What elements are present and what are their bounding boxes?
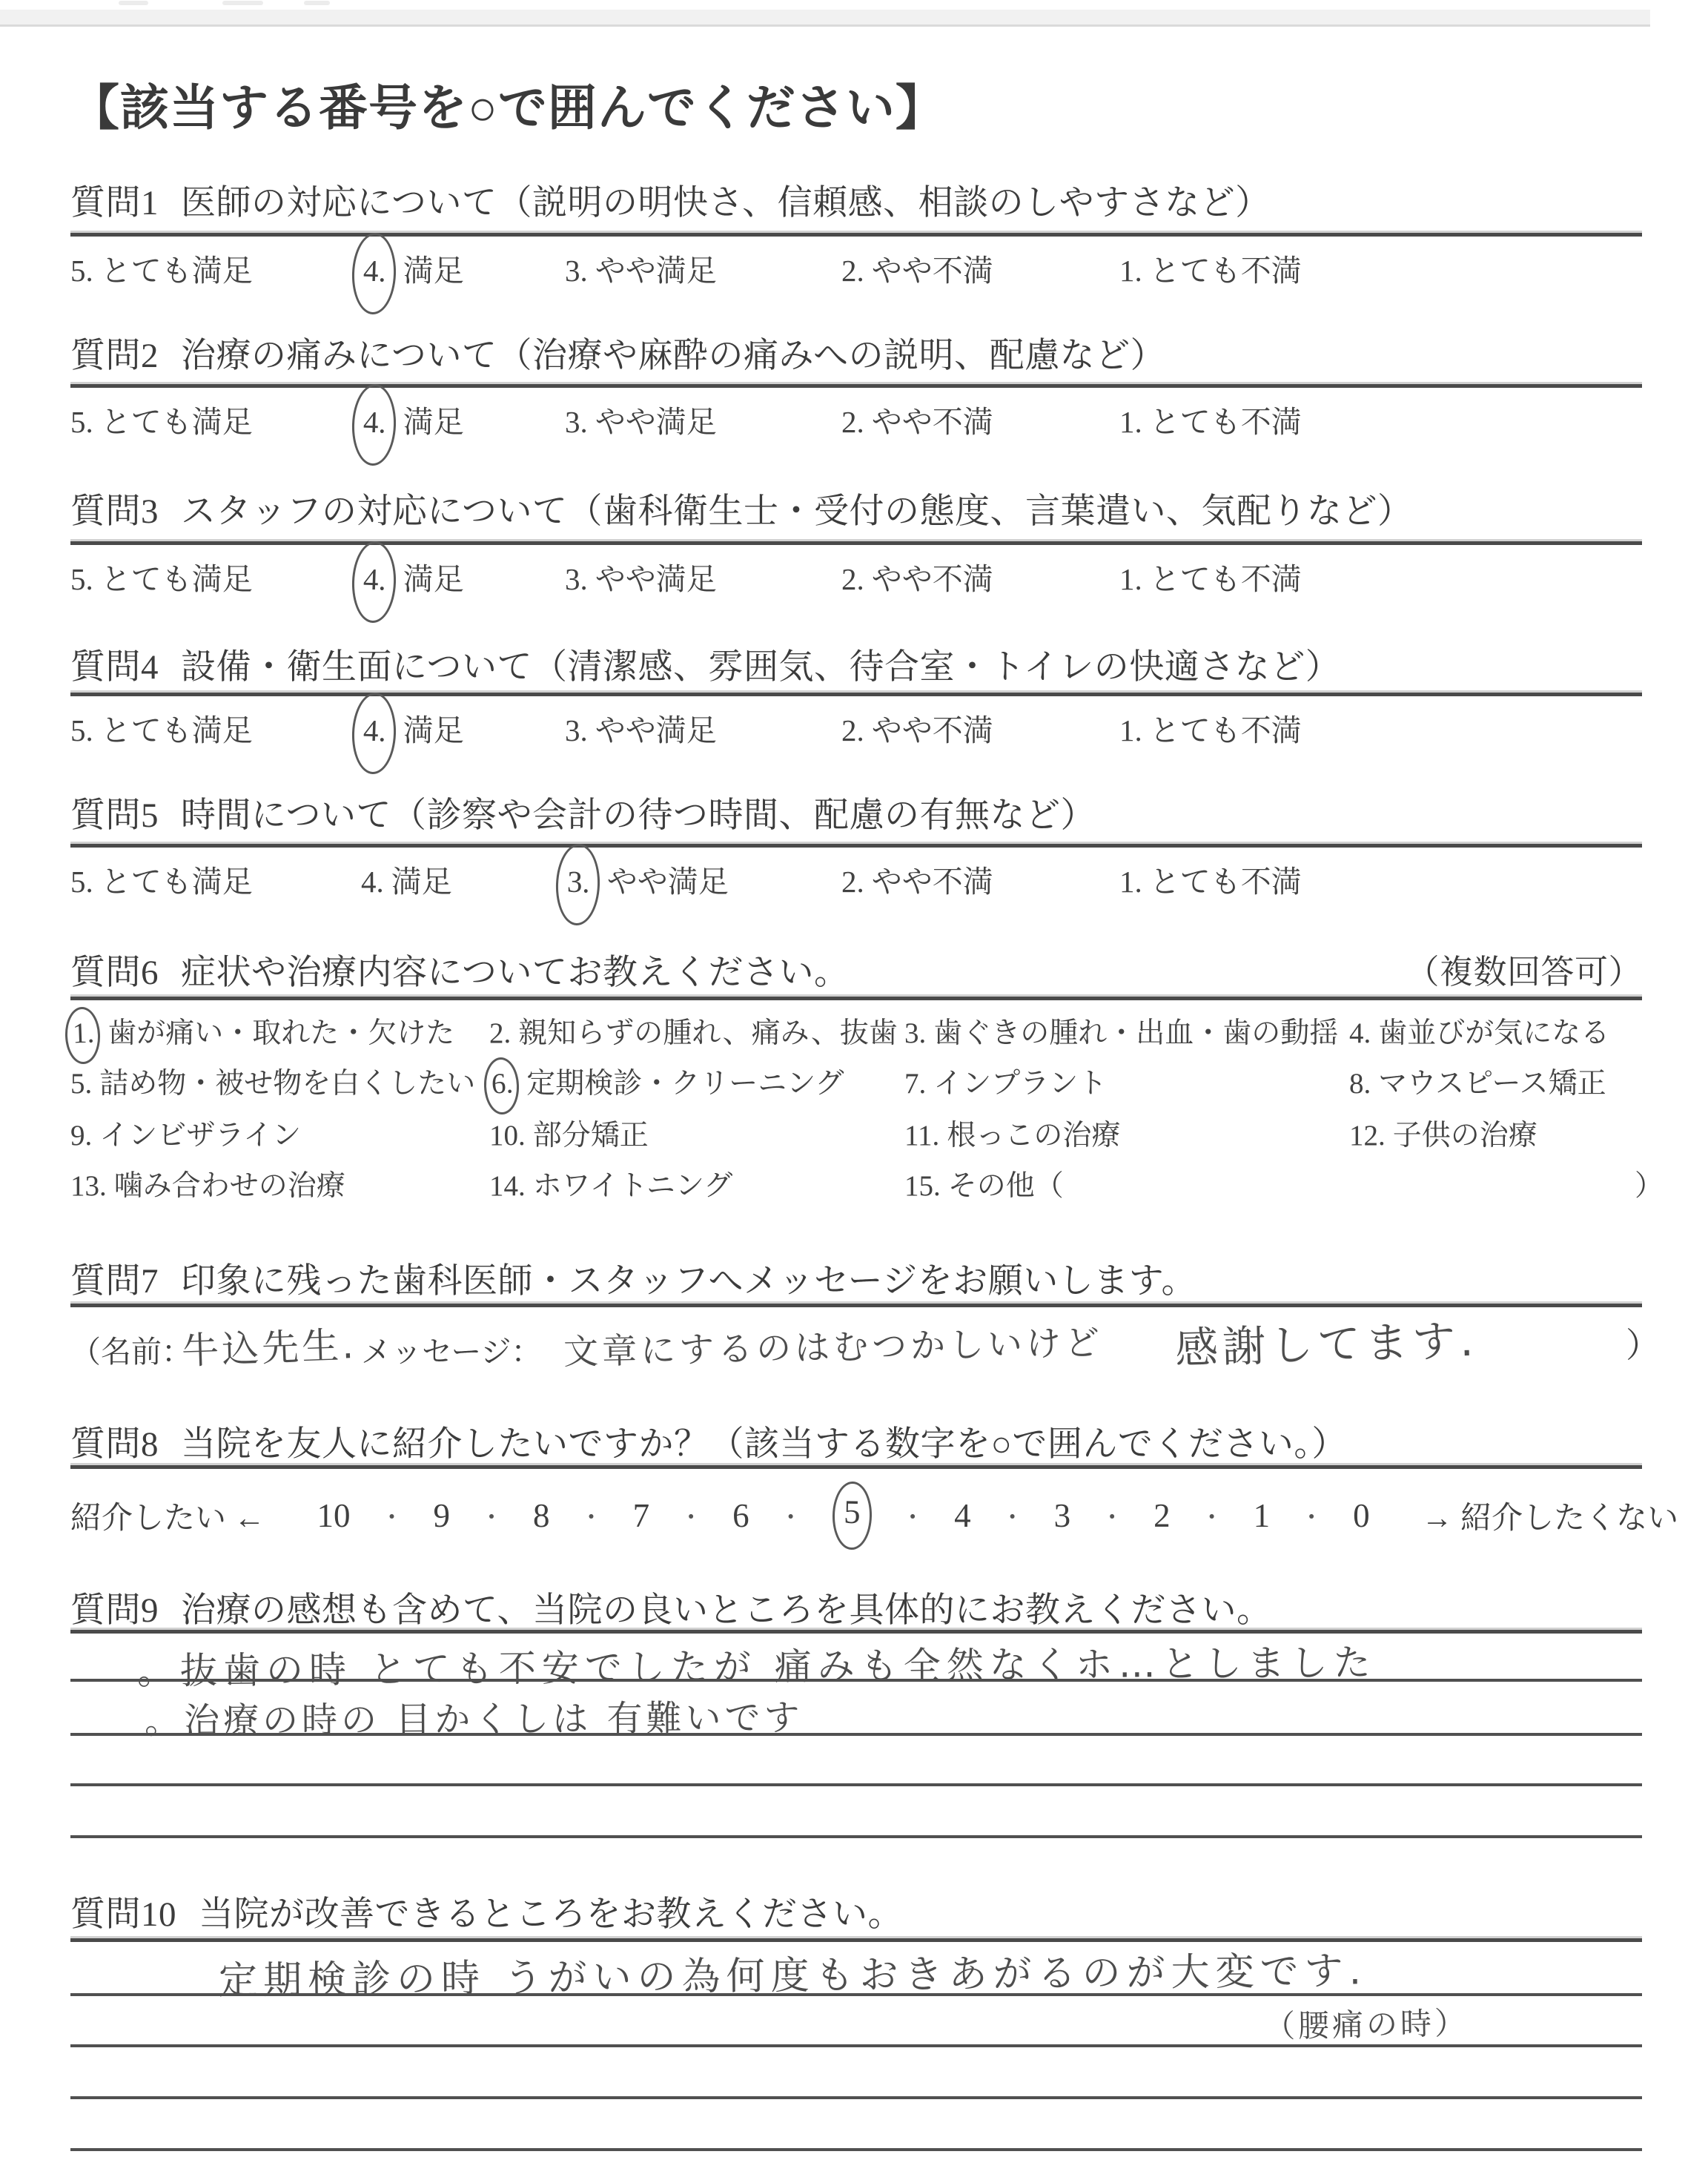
- question-6-title: 症状や治療内容についてお教えください。: [181, 954, 850, 992]
- option-label: やや満足: [607, 865, 729, 899]
- answer-line: [70, 1783, 1642, 1786]
- option-label: とても不満: [1150, 562, 1302, 596]
- option-label: とても不満: [1150, 713, 1302, 747]
- item-number: 13.: [70, 1170, 107, 1202]
- question-2-header: 質問2治療の痛みについて（治療や麻酔の痛みへの説明、配慮など）: [70, 328, 1642, 377]
- item-label: ホワイトニング: [533, 1170, 733, 1202]
- question-10-title: 当院が改善できるところをお教えください。: [199, 1895, 903, 1934]
- scale-number: 0: [1353, 1496, 1370, 1535]
- option-number: 5.: [70, 562, 93, 596]
- question-8-scale: 紹介したい ← 10・ 9・ 8・ 7・ 6・ 5・ 4・ 3・ 2・ 1・ 0…: [70, 1482, 1678, 1550]
- rating-option: 1.とても不満: [1119, 555, 1302, 598]
- rating-option: 5.とても満足: [70, 555, 253, 598]
- scale-separator: ・: [580, 1499, 603, 1533]
- rating-option: 2.やや不満: [841, 857, 993, 901]
- question-3-options: 5.とても満足 4.満足 3.やや満足 2.やや不満 1.とても不満: [70, 555, 1657, 614]
- handwritten-note: （腰痛の時）: [1263, 1999, 1469, 2047]
- option-number: 3.: [565, 254, 588, 288]
- scale-number: 1: [1254, 1496, 1271, 1535]
- scale-separator: ・: [1100, 1499, 1124, 1533]
- symptom-item: 7.インプラント: [904, 1060, 1107, 1102]
- rating-option-circled: 4.満足: [361, 246, 464, 291]
- item-number: 2.: [489, 1017, 511, 1049]
- question-3-number: 質問3: [70, 492, 159, 531]
- question-9-number: 質問9: [70, 1591, 159, 1630]
- answer-line: [70, 2096, 1642, 2099]
- option-label: とても満足: [101, 865, 253, 899]
- handwritten-circle-mark: 3.: [555, 843, 601, 926]
- option-number: 3.: [565, 562, 588, 596]
- item-number: 14.: [489, 1170, 526, 1202]
- option-number: 1.: [1119, 865, 1142, 899]
- question-8-number: 質問8: [70, 1425, 159, 1464]
- question-7-number: 質問7: [70, 1262, 159, 1301]
- rule-under-question-10: [70, 1938, 1642, 1942]
- question-3-header: 質問3スタッフの対応について（歯科衛生士・受付の態度、言葉遣い、気配りなど）: [70, 483, 1642, 533]
- question-6-note: （複数回答可）: [1406, 945, 1642, 993]
- option-number: 2.: [841, 713, 864, 747]
- option-label: 満足: [391, 865, 452, 899]
- rating-option: 1.とても不満: [1119, 706, 1302, 750]
- option-label: 満足: [403, 713, 464, 747]
- option-label: やや不満: [872, 562, 993, 596]
- item-label: 噛み合わせの治療: [114, 1170, 345, 1202]
- question-3-title: スタッフの対応について（歯科衛生士・受付の態度、言葉遣い、気配りなど）: [181, 492, 1413, 531]
- question-2-number: 質問2: [70, 337, 159, 375]
- rating-option: 1.とても不満: [1119, 246, 1302, 290]
- rating-option-circled: 4.満足: [361, 706, 464, 750]
- rating-option: 3.やや満足: [565, 246, 717, 290]
- rating-option-circled: 4.満足: [361, 555, 464, 599]
- handwritten-answer-line: 。抜歯の時 とても不安でしたが 痛みも全然なくホ…としました: [137, 1633, 1377, 1695]
- survey-page: 【該当する番号を○で囲んでください】 質問1医師の対応について（説明の明快さ、信…: [0, 0, 1708, 2160]
- scale-separator: ・: [1001, 1499, 1025, 1533]
- item-label: 歯が痛い・取れた・欠けた: [107, 1017, 454, 1049]
- question-2-title: 治療の痛みについて（治療や麻酔の痛みへの説明、配慮など）: [181, 337, 1165, 375]
- rule-under-question-2: [70, 384, 1642, 388]
- scale-separator: ・: [480, 1499, 503, 1533]
- question-1-options: 5.とても満足 4.満足 3.やや満足 2.やや不満 1.とても不満: [70, 246, 1657, 305]
- rule-under-question-1: [70, 233, 1642, 237]
- option-number: 3.: [565, 405, 588, 439]
- option-label: やや不満: [872, 865, 993, 899]
- scale-separator: ・: [779, 1499, 803, 1533]
- rating-option: 2.やや不満: [841, 555, 993, 598]
- message-field-label: メッセージ：: [361, 1327, 542, 1371]
- handwritten-circle-mark: 4.: [351, 692, 397, 775]
- answer-line: [70, 2148, 1642, 2151]
- option-label: やや満足: [595, 713, 717, 747]
- symptom-item: 4.歯並びが気になる: [1349, 1010, 1609, 1051]
- scale-number: 10: [317, 1496, 351, 1535]
- symptom-item-circled: 1.歯が痛い・取れた・欠けた: [70, 1010, 454, 1052]
- field-close-paren: ）: [1626, 1318, 1660, 1367]
- rule-under-question-9: [70, 1630, 1642, 1634]
- item-number: 11.: [904, 1120, 939, 1152]
- answer-line: [70, 1733, 1642, 1736]
- handwritten-message-emphasis: 感謝してます.: [1174, 1306, 1478, 1376]
- option-number: 1.: [1119, 254, 1142, 288]
- scale-number: 6: [732, 1496, 749, 1535]
- rule-under-question-6: [70, 997, 1642, 1000]
- handwritten-circle-mark: 4.: [351, 232, 397, 315]
- question-7-header: 質問7印象に残った歯科医師・スタッフへメッセージをお願いします。: [70, 1253, 1642, 1303]
- item-label: 部分矯正: [533, 1120, 649, 1152]
- question-6-header: 質問6症状や治療内容についてお教えください。 （複数回答可）: [70, 945, 1642, 994]
- scale-number: 9: [434, 1496, 451, 1535]
- item-label: 定期検診・クリーニング: [526, 1068, 844, 1100]
- option-number: 2.: [841, 865, 864, 899]
- item-label: 歯並びが気になる: [1378, 1017, 1609, 1049]
- rating-option: 2.やや不満: [841, 246, 993, 290]
- handwritten-circle-mark: 4.: [351, 541, 397, 624]
- option-label: とても不満: [1150, 865, 1302, 899]
- option-number: 2.: [841, 562, 864, 596]
- question-10-number: 質問10: [70, 1895, 176, 1934]
- question-4-header: 質問4設備・衛生面について（清潔感、雰囲気、待合室・トイレの快適さなど）: [70, 639, 1642, 689]
- question-4-title: 設備・衛生面について（清潔感、雰囲気、待合室・トイレの快適さなど）: [181, 648, 1340, 687]
- name-field-label: （名前：: [70, 1327, 192, 1371]
- question-8-title: 当院を友人に紹介したいですか？（該当する数字を○で囲んでください。）: [181, 1425, 1347, 1464]
- item-number: 4.: [1349, 1017, 1371, 1049]
- other-close-paren: ）: [1635, 1163, 1664, 1204]
- option-number: 5.: [70, 865, 93, 899]
- answer-line: [70, 2044, 1642, 2047]
- item-number: 8.: [1349, 1068, 1371, 1100]
- question-5-number: 質問5: [70, 796, 159, 835]
- question-1-header: 質問1医師の対応について（説明の明快さ、信頼感、相談のしやすさなど）: [70, 175, 1642, 225]
- question-7-answer-row: （名前： 牛込先生. メッセージ： 文章にするのはむつかしいけど 感謝してます.…: [70, 1318, 1657, 1415]
- symptom-item: 11.根っこの治療: [904, 1112, 1120, 1154]
- item-label: その他（: [948, 1170, 1064, 1202]
- scale-separator: ・: [380, 1499, 404, 1533]
- option-label: 満足: [403, 405, 464, 439]
- rule-under-question-8: [70, 1465, 1642, 1469]
- option-number: 2.: [841, 254, 864, 288]
- question-10-header: 質問10当院が改善できるところをお教えください。: [70, 1886, 1642, 1936]
- symptom-item: 12.子供の治療: [1349, 1112, 1537, 1154]
- question-5-options: 5.とても満足 4.満足 3.やや満足 2.やや不満 1.とても不満: [70, 857, 1657, 916]
- rating-option: 5.とても満足: [70, 706, 253, 750]
- question-6-number: 質問6: [70, 954, 159, 992]
- scale-number: 7: [633, 1496, 650, 1535]
- option-label: とても不満: [1150, 254, 1302, 288]
- rating-option: 5.とても満足: [70, 857, 253, 901]
- item-number: 10.: [489, 1120, 526, 1152]
- rating-option: 3.やや満足: [565, 397, 717, 441]
- answer-line: [70, 1993, 1642, 1996]
- item-label: 詰め物・被せ物を白くしたい: [99, 1068, 475, 1100]
- item-label: 子供の治療: [1393, 1120, 1537, 1152]
- rating-option: 2.やや不満: [841, 397, 993, 441]
- symptom-item-other: 15.その他（: [904, 1163, 1064, 1204]
- question-9-header: 質問9治療の感想も含めて、当院の良いところを具体的にお教えください。: [70, 1582, 1642, 1632]
- question-1-title: 医師の対応について（説明の明快さ、信頼感、相談のしやすさなど）: [181, 184, 1271, 222]
- option-label: やや不満: [872, 405, 993, 439]
- question-7-title: 印象に残った歯科医師・スタッフへメッセージをお願いします。: [181, 1262, 1196, 1301]
- rule-under-question-5: [70, 844, 1642, 848]
- question-4-number: 質問4: [70, 648, 159, 687]
- question-8-header: 質問8当院を友人に紹介したいですか？（該当する数字を○で囲んでください。）: [70, 1416, 1642, 1466]
- option-label: 満足: [403, 562, 464, 596]
- item-label: 根っこの治療: [947, 1120, 1120, 1152]
- scale-right-label: → 紹介したくない: [1422, 1493, 1679, 1538]
- rating-option: 1.とても不満: [1119, 397, 1302, 441]
- rating-option: 1.とても不満: [1119, 857, 1302, 901]
- option-label: とても満足: [101, 405, 253, 439]
- rating-option-circled: 4.満足: [361, 397, 464, 442]
- question-5-header: 質問5時間について（診察や会計の待つ時間、配慮の有無など）: [70, 787, 1642, 837]
- handwritten-circle-mark: 1.: [64, 1006, 102, 1065]
- symptom-item: 2.親知らずの腫れ、痛み、抜歯: [489, 1010, 898, 1051]
- scan-smudge: [304, 1, 330, 5]
- scale-number: 2: [1153, 1496, 1171, 1535]
- option-label: 満足: [403, 254, 464, 288]
- rating-option: 2.やや不満: [841, 706, 993, 750]
- option-label: やや満足: [595, 405, 717, 439]
- option-label: とても満足: [101, 254, 253, 288]
- symptom-item: 5.詰め物・被せ物を白くしたい: [70, 1060, 475, 1102]
- scan-smudge: [222, 1, 263, 5]
- item-number: 9.: [70, 1120, 92, 1152]
- option-label: やや満足: [595, 562, 717, 596]
- item-label: インビザライン: [99, 1120, 301, 1152]
- rating-option: 3.やや満足: [565, 706, 717, 750]
- item-number: 5.: [70, 1068, 92, 1100]
- scale-number: 3: [1054, 1496, 1071, 1535]
- item-label: 親知らずの腫れ、痛み、抜歯: [518, 1017, 898, 1049]
- scale-separator: ・: [679, 1499, 703, 1533]
- symptom-item: 8.マウスピース矯正: [1349, 1060, 1606, 1102]
- answer-line: [70, 1835, 1642, 1838]
- option-label: やや満足: [595, 254, 717, 288]
- scale-separator: ・: [901, 1499, 924, 1533]
- scale-number: 8: [533, 1496, 550, 1535]
- symptom-item: 10.部分矯正: [489, 1112, 649, 1154]
- scale-number: 4: [954, 1496, 971, 1535]
- item-label: 歯ぐきの腫れ・出血・歯の動揺: [933, 1017, 1338, 1049]
- symptom-item: 3.歯ぐきの腫れ・出血・歯の動揺: [904, 1010, 1338, 1051]
- item-number: 7.: [904, 1068, 926, 1100]
- item-number: 15.: [904, 1170, 941, 1202]
- handwritten-message: 文章にするのはむつかしいけど: [563, 1315, 1103, 1375]
- answer-line: [70, 1679, 1642, 1682]
- rule-under-question-3: [70, 541, 1642, 545]
- option-number: 5.: [70, 713, 93, 747]
- symptom-item: 13.噛み合わせの治療: [70, 1163, 345, 1204]
- rating-option: 5.とても満足: [70, 397, 253, 441]
- scale-left-label: 紹介したい ←: [70, 1493, 265, 1538]
- option-number: 3.: [565, 713, 588, 747]
- symptom-item: 14.ホワイトニング: [489, 1163, 732, 1204]
- rating-option: 3.やや満足: [565, 555, 717, 598]
- symptom-item-circled: 6.定期検診・クリーニング: [489, 1060, 844, 1103]
- question-2-options: 5.とても満足 4.満足 3.やや満足 2.やや不満 1.とても不満: [70, 397, 1657, 457]
- question-9-title: 治療の感想も含めて、当院の良いところを具体的にお教えください。: [181, 1591, 1272, 1630]
- handwritten-circle-mark: 4.: [351, 383, 397, 466]
- handwritten-name: 牛込先生.: [181, 1315, 357, 1375]
- option-number: 2.: [841, 405, 864, 439]
- item-number: 3.: [904, 1017, 926, 1049]
- question-1-number: 質問1: [70, 184, 159, 222]
- option-label: とても満足: [101, 562, 253, 596]
- rating-option-circled: 3.やや満足: [565, 857, 729, 902]
- item-number: 12.: [1349, 1120, 1386, 1152]
- scale-separator: ・: [1200, 1499, 1224, 1533]
- symptom-item: 9.インビザライン: [70, 1112, 301, 1154]
- option-number: 5.: [70, 405, 93, 439]
- option-label: やや不満: [872, 713, 993, 747]
- question-5-title: 時間について（診察や会計の待つ時間、配慮の有無など）: [181, 796, 1096, 835]
- rating-option: 4.満足: [361, 857, 452, 901]
- question-4-options: 5.とても満足 4.満足 3.やや満足 2.やや不満 1.とても不満: [70, 706, 1657, 765]
- handwritten-circle-mark: 6.: [483, 1057, 520, 1115]
- rating-option: 5.とても満足: [70, 246, 253, 290]
- item-label: マウスピース矯正: [1378, 1068, 1606, 1100]
- scan-smudge: [119, 1, 148, 5]
- scale-number-circled: 5: [832, 1482, 872, 1550]
- option-number: 1.: [1119, 713, 1142, 747]
- scale-separator: ・: [1300, 1499, 1323, 1533]
- page-title: 【該当する番号を○で囲んでください】: [70, 68, 945, 139]
- option-number: 1.: [1119, 562, 1142, 596]
- option-number: 1.: [1119, 405, 1142, 439]
- option-label: とても不満: [1150, 405, 1302, 439]
- scan-edge-band: [0, 10, 1650, 27]
- rule-under-question-4: [70, 693, 1642, 696]
- option-number: 5.: [70, 254, 93, 288]
- option-number: 4.: [361, 865, 384, 899]
- item-label: インプラント: [933, 1068, 1107, 1100]
- option-label: やや不満: [872, 254, 993, 288]
- option-label: とても満足: [101, 713, 253, 747]
